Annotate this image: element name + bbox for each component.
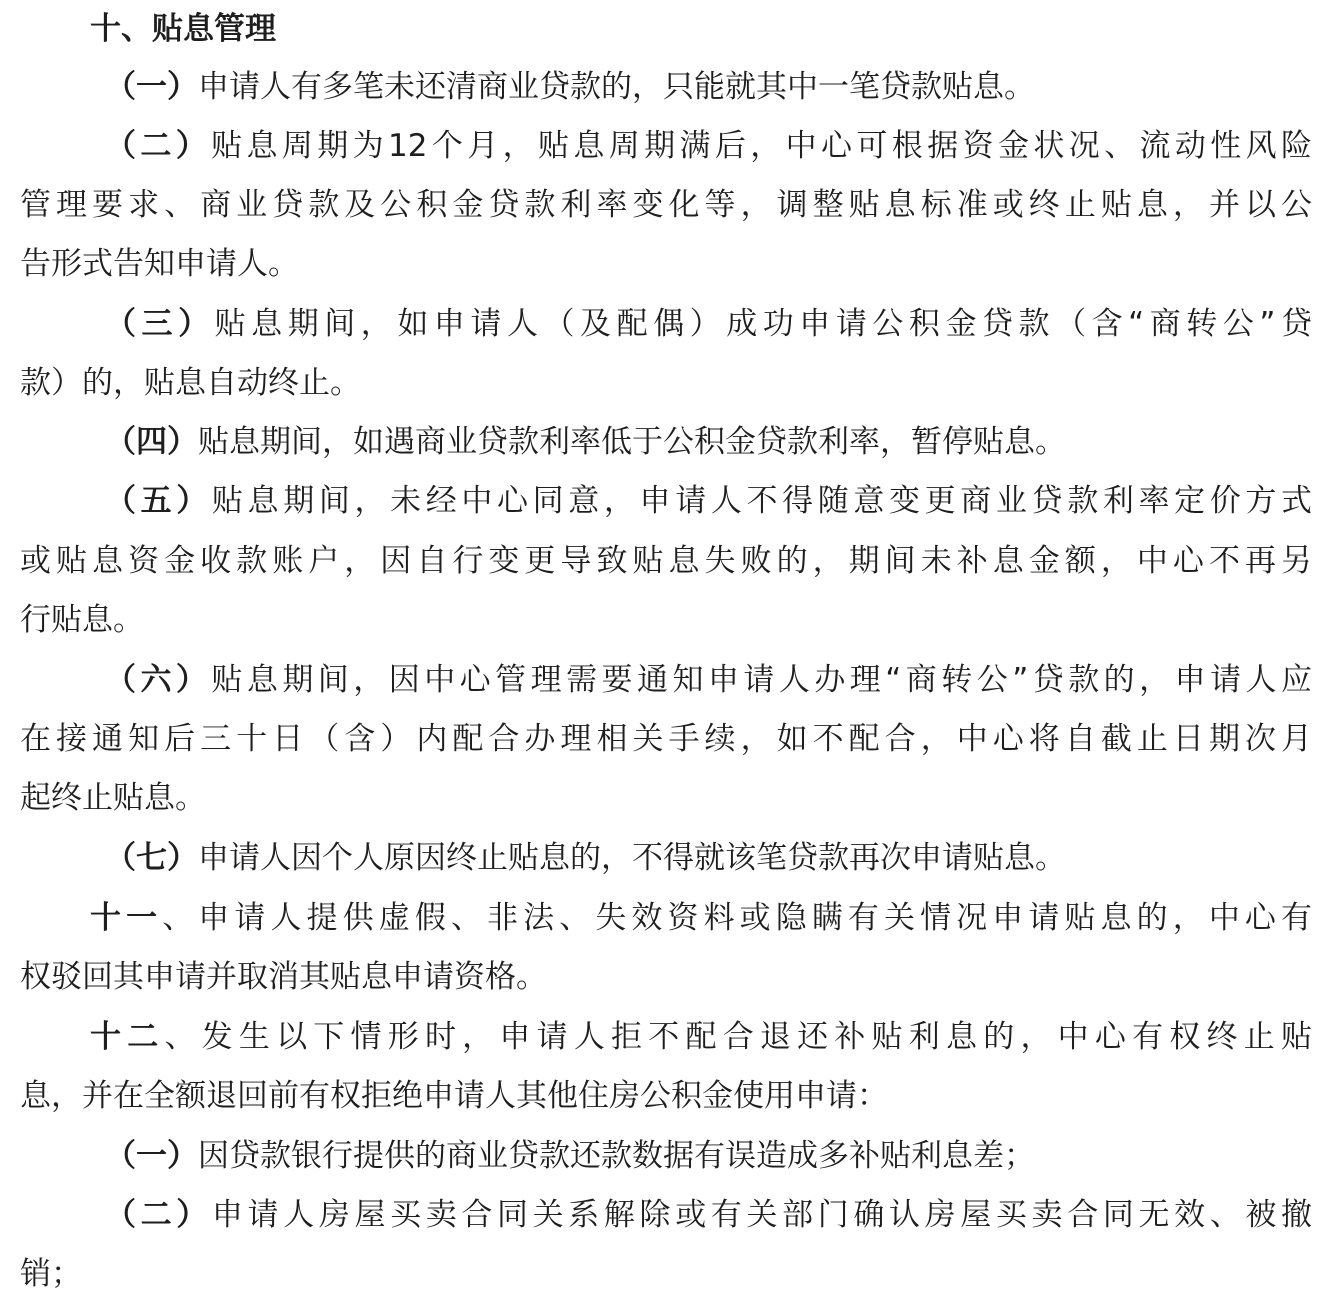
item-marker: （四） (105, 424, 198, 460)
section-11-cont: 权驳回其申请并取消其贴息申请资格。 (20, 948, 1312, 1006)
section-10-item-5: （五）贴息期间，未经中心同意，申请人不得随意变更商业贷款利率定价方式 (105, 472, 1312, 530)
section-10-heading: 十、贴息管理 (90, 0, 1312, 58)
section-10-item-6-cont: 起终止贴息。 (20, 769, 1312, 827)
item-marker: （三） (105, 306, 215, 342)
section-10-item-3: （三）贴息期间，如申请人（及配偶）成功申请公积金贷款（含“商转公”贷 (105, 295, 1312, 353)
section-10-item-5-cont: 行贴息。 (20, 591, 1312, 649)
section-10-item-6-cont: 在接通知后三十日（含）内配合办理相关手续，如不配合，中心将自截止日期次月 (20, 710, 1312, 768)
section-10-item-5-cont: 或贴息资金收款账户，因自行变更导致贴息失败的，期间未补息金额，中心不再另 (20, 532, 1312, 590)
item-text: 申请人因个人原因终止贴息的，不得就该笔贷款再次申请贴息。 (198, 840, 1066, 876)
item-text: 贴息期间，如遇商业贷款利率低于公积金贷款利率，暂停贴息。 (198, 424, 1066, 460)
section-marker: 十二 (90, 1019, 164, 1055)
item-marker: （七） (105, 840, 198, 876)
section-text: 、申请人提供虚假、非法、失效资料或隐瞒有关情况申请贴息的，中心有 (162, 900, 1312, 936)
section-12: 十二、发生以下情形时，申请人拒不配合退还补贴利息的，中心有权终止贴 (90, 1008, 1312, 1066)
section-11: 十一、申请人提供虚假、非法、失效资料或隐瞒有关情况申请贴息的，中心有 (90, 889, 1312, 947)
section-12-item-2-cont: 销； (20, 1245, 1312, 1303)
section-12-item-2: （二）申请人房屋买卖合同关系解除或有关部门确认房屋买卖合同无效、被撤 (105, 1186, 1312, 1244)
item-text: 贴息周期为12个月，贴息周期满后，中心可根据资金状况、流动性风险 (211, 128, 1312, 164)
section-10-item-1: （一）申请人有多笔未还清商业贷款的，只能就其中一笔贷款贴息。 (105, 58, 1312, 116)
section-text: 、发生以下情形时，申请人拒不配合退还补贴利息的，中心有权终止贴 (164, 1019, 1312, 1055)
item-text: 申请人有多笔未还清商业贷款的，只能就其中一笔贷款贴息。 (198, 69, 1035, 105)
item-marker: （五） (105, 483, 212, 519)
item-marker: （二） (105, 1197, 212, 1233)
item-marker: （六） (105, 662, 211, 698)
item-text: 申请人房屋买卖合同关系解除或有关部门确认房屋买卖合同无效、被撤 (212, 1197, 1312, 1233)
section-10-item-4: （四）贴息期间，如遇商业贷款利率低于公积金贷款利率，暂停贴息。 (105, 413, 1312, 471)
document-page: 十、贴息管理 （一）申请人有多笔未还清商业贷款的，只能就其中一笔贷款贴息。 （二… (0, 0, 1336, 1304)
item-marker: （一） (105, 1138, 198, 1174)
item-text: 贴息期间，如申请人（及配偶）成功申请公积金贷款（含“商转公”贷 (215, 306, 1312, 342)
item-text: 贴息期间，未经中心同意，申请人不得随意变更商业贷款利率定价方式 (212, 483, 1312, 519)
item-text: 因贷款银行提供的商业贷款还款数据有误造成多补贴利息差； (198, 1138, 1035, 1174)
section-10-item-2-cont: 管理要求、商业贷款及公积金贷款利率变化等，调整贴息标准或终止贴息，并以公 (20, 176, 1312, 234)
section-12-cont: 息，并在全额退回前有权拒绝申请人其他住房公积金使用申请： (20, 1067, 1312, 1125)
item-marker: （二） (105, 128, 211, 164)
section-10-item-3-cont: 款）的，贴息自动终止。 (20, 354, 1312, 412)
section-10-item-6: （六）贴息期间，因中心管理需要通知申请人办理“商转公”贷款的，申请人应 (105, 651, 1312, 709)
section-10-item-7: （七）申请人因个人原因终止贴息的，不得就该笔贷款再次申请贴息。 (105, 829, 1312, 887)
section-marker: 十一 (90, 900, 162, 936)
item-marker: （一） (105, 69, 198, 105)
section-10-item-2: （二）贴息周期为12个月，贴息周期满后，中心可根据资金状况、流动性风险 (105, 117, 1312, 175)
item-text: 贴息期间，因中心管理需要通知申请人办理“商转公”贷款的，申请人应 (211, 662, 1312, 698)
section-10-item-2-cont: 告形式告知申请人。 (20, 235, 1312, 293)
section-12-item-1: （一）因贷款银行提供的商业贷款还款数据有误造成多补贴利息差； (105, 1127, 1312, 1185)
